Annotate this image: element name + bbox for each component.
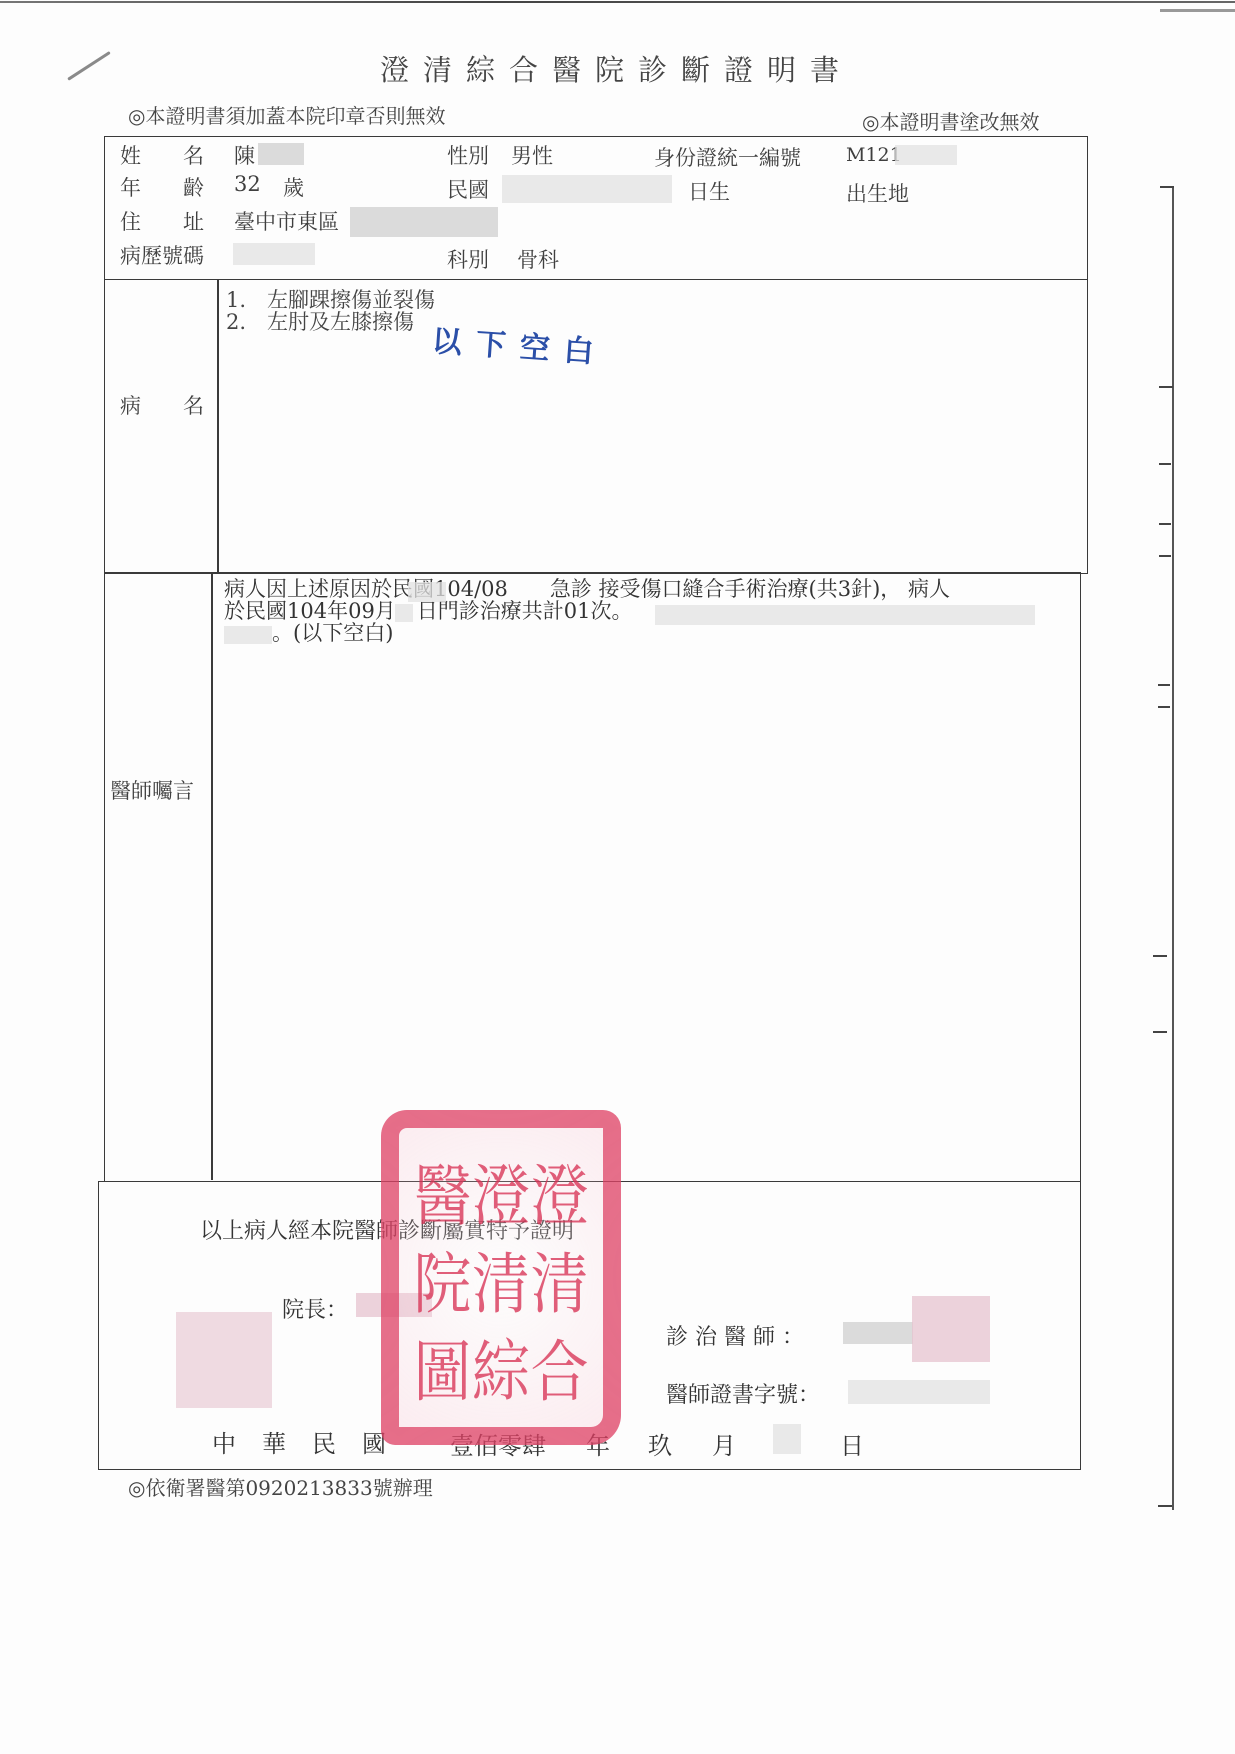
advice-divider — [211, 572, 213, 1180]
department-value: 骨科 — [517, 244, 559, 274]
birth-era-label: 民國 — [447, 174, 489, 204]
seal-char: 清 — [530, 1233, 589, 1334]
advice-line-3: 。(以下空白) — [272, 621, 393, 645]
gender-label: 性別 — [447, 140, 489, 170]
redacted-advice-detail — [655, 605, 1035, 625]
director-label: 院長： — [282, 1293, 348, 1324]
name-value: 陳 — [234, 140, 255, 170]
binding-tick — [1159, 386, 1173, 388]
doctor-advice-section — [104, 572, 1081, 1182]
binding-tick — [1159, 523, 1171, 525]
redacted-name — [258, 143, 304, 165]
hospital-seal: 醫 澄 澄 院 清 清 圖 綜 合 — [381, 1110, 621, 1445]
redacted-license-number — [848, 1380, 990, 1404]
pen-mark — [67, 51, 111, 81]
gender-value: 男性 — [511, 140, 553, 170]
doctor-advice-label: 醫師囑言 — [110, 775, 194, 805]
date-month-unit: 月 — [712, 1426, 736, 1461]
age-label: 年 齡 — [120, 172, 204, 202]
seal-char: 圖 — [413, 1321, 472, 1422]
binding-tick — [1153, 955, 1167, 957]
binding-tick — [1158, 684, 1170, 686]
birthplace-label: 出生地 — [846, 178, 909, 208]
redacted-doctor-name — [843, 1322, 913, 1344]
redacted-visit-day — [395, 604, 413, 622]
id-number-value: M121 — [846, 144, 902, 166]
diagnosis-label: 病 名 — [120, 390, 204, 420]
attending-doctor-label: 診 治 醫 師 ： — [666, 1320, 804, 1351]
regulation-notice: ◎依衛署醫第0920213833號辦理 — [128, 1472, 433, 1501]
diagnosis-item: 2. 左肘及左膝擦傷 — [226, 306, 414, 336]
redacted-record-number — [233, 243, 315, 265]
no-alteration-notice: ◎本證明書塗改無效 — [862, 106, 1039, 135]
redacted-advice — [224, 626, 272, 644]
scan-top-edge — [0, 1, 1235, 3]
redacted-birthdate — [502, 175, 672, 203]
department-label: 科別 — [447, 244, 489, 274]
redacted-id — [895, 145, 957, 165]
birth-suffix: 日生 — [688, 176, 730, 206]
binding-tick — [1159, 463, 1171, 465]
advice-line-1: 病人因上述原因於民國104/08 急診 接受傷口縫合手術治療(共3針)， 病人 — [224, 578, 1044, 600]
seal-char: 院 — [413, 1233, 472, 1334]
seal-char: 清 — [472, 1233, 531, 1334]
redacted-day — [773, 1424, 801, 1454]
binding-tick — [1159, 555, 1171, 557]
date-month: 玖 — [648, 1426, 672, 1461]
binding-tick — [1158, 706, 1170, 708]
record-number-label: 病歷號碼 — [120, 240, 204, 270]
age-unit: 歲 — [283, 172, 304, 202]
date-era-char: 中 — [212, 1424, 236, 1459]
name-label: 姓 名 — [120, 140, 204, 170]
license-number-label: 醫師證書字號： — [666, 1378, 820, 1409]
date-era-char: 民 — [312, 1424, 336, 1459]
seal-char: 澄 — [472, 1145, 531, 1246]
binding-bracket — [1172, 186, 1174, 1510]
seal-char: 綜 — [472, 1321, 531, 1422]
address-value: 臺中市東區 — [234, 206, 339, 236]
redacted-doctor-seal — [912, 1296, 990, 1362]
seal-char: 合 — [530, 1321, 589, 1422]
binding-tick — [1153, 1031, 1167, 1033]
scan-edge-mark — [1160, 9, 1235, 12]
redacted-director-seal — [176, 1312, 272, 1408]
seal-required-notice: ◎本證明書須加蓋本院印章否則無效 — [128, 100, 445, 129]
date-day-unit: 日 — [840, 1426, 864, 1461]
document-title: 澄清綜合醫院診斷證明書 — [380, 48, 853, 89]
seal-char: 醫 — [413, 1145, 472, 1246]
binding-tick — [1160, 186, 1174, 188]
age-value: 32 — [234, 172, 261, 196]
redacted-er-date — [408, 582, 446, 602]
date-era-char: 華 — [262, 1424, 286, 1459]
redacted-address — [350, 207, 498, 237]
diagnosis-divider — [217, 279, 219, 572]
binding-tick — [1158, 1505, 1172, 1507]
id-number-label: 身份證統一編號 — [654, 142, 801, 172]
seal-char: 澄 — [530, 1145, 589, 1246]
address-label: 住 址 — [120, 206, 204, 236]
